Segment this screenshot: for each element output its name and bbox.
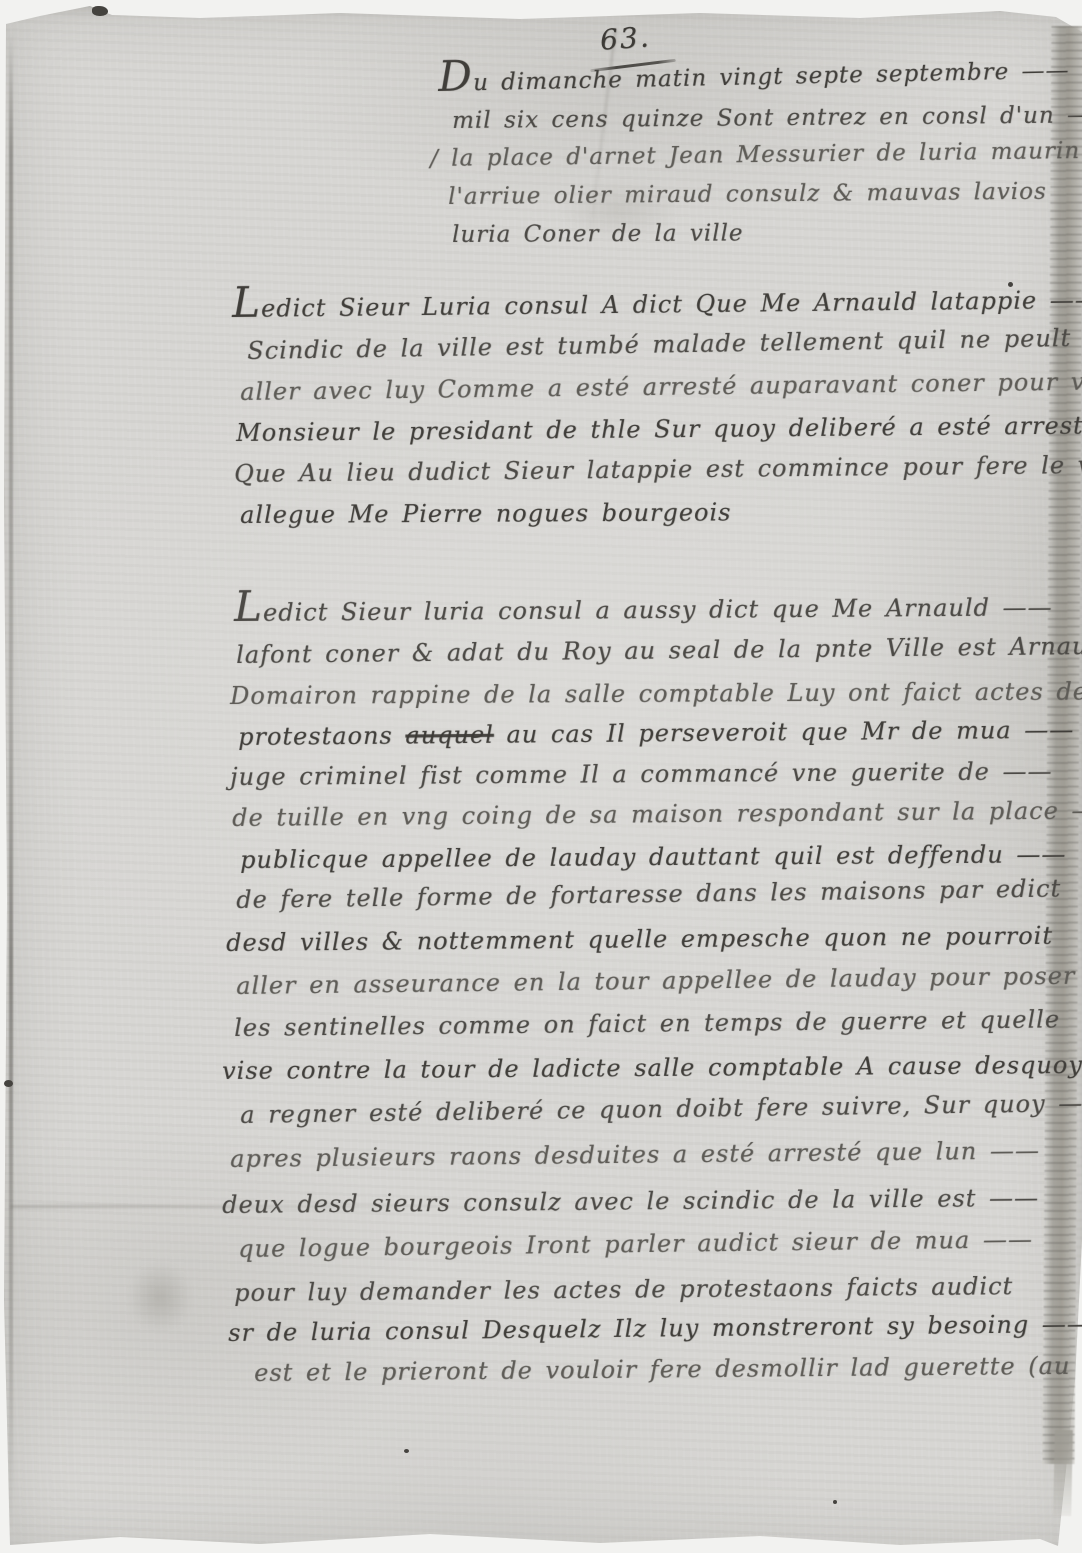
page-number: 63. bbox=[599, 20, 652, 56]
entry-2-line: juge criminel fist comme Il a commancé v… bbox=[230, 757, 1053, 791]
header-line: l'arriue olier miraud consulz & mauvas l… bbox=[448, 179, 1047, 210]
manuscript-scan: 63. Du dimanche matin vingt septe septem… bbox=[0, 0, 1082, 1553]
ink-speck bbox=[833, 1500, 837, 1504]
entry-2-line: vise contre la tour de ladicte salle com… bbox=[222, 1051, 1082, 1085]
ink-speck bbox=[404, 1449, 409, 1453]
strike-post-text: au cas Il perseveroit que Mr de mua —— bbox=[494, 716, 1075, 749]
ink-speck bbox=[92, 6, 108, 16]
stacked-page-edges-tail bbox=[1053, 1430, 1072, 1516]
strike-pre-text: protestaons bbox=[238, 722, 406, 751]
entry-2-line: Domairon rappine de la salle comptable L… bbox=[230, 677, 1082, 710]
struck-word: auquel bbox=[405, 721, 494, 750]
header-line: mil six cens quinze Sont entrez en consl… bbox=[452, 102, 1082, 134]
entry-2-line: Ledict Sieur luria consul a aussy dict q… bbox=[234, 592, 1053, 627]
entry-2-line: publicque appellee de lauday dauttant qu… bbox=[240, 840, 1066, 874]
entry-1-line: allegue Me Pierre nogues bourgeois bbox=[240, 498, 731, 529]
binding-crease bbox=[9, 32, 13, 1532]
header-line: luria Coner de la ville bbox=[452, 220, 744, 248]
ink-speck bbox=[4, 1080, 13, 1087]
paper-stain bbox=[128, 1262, 192, 1332]
